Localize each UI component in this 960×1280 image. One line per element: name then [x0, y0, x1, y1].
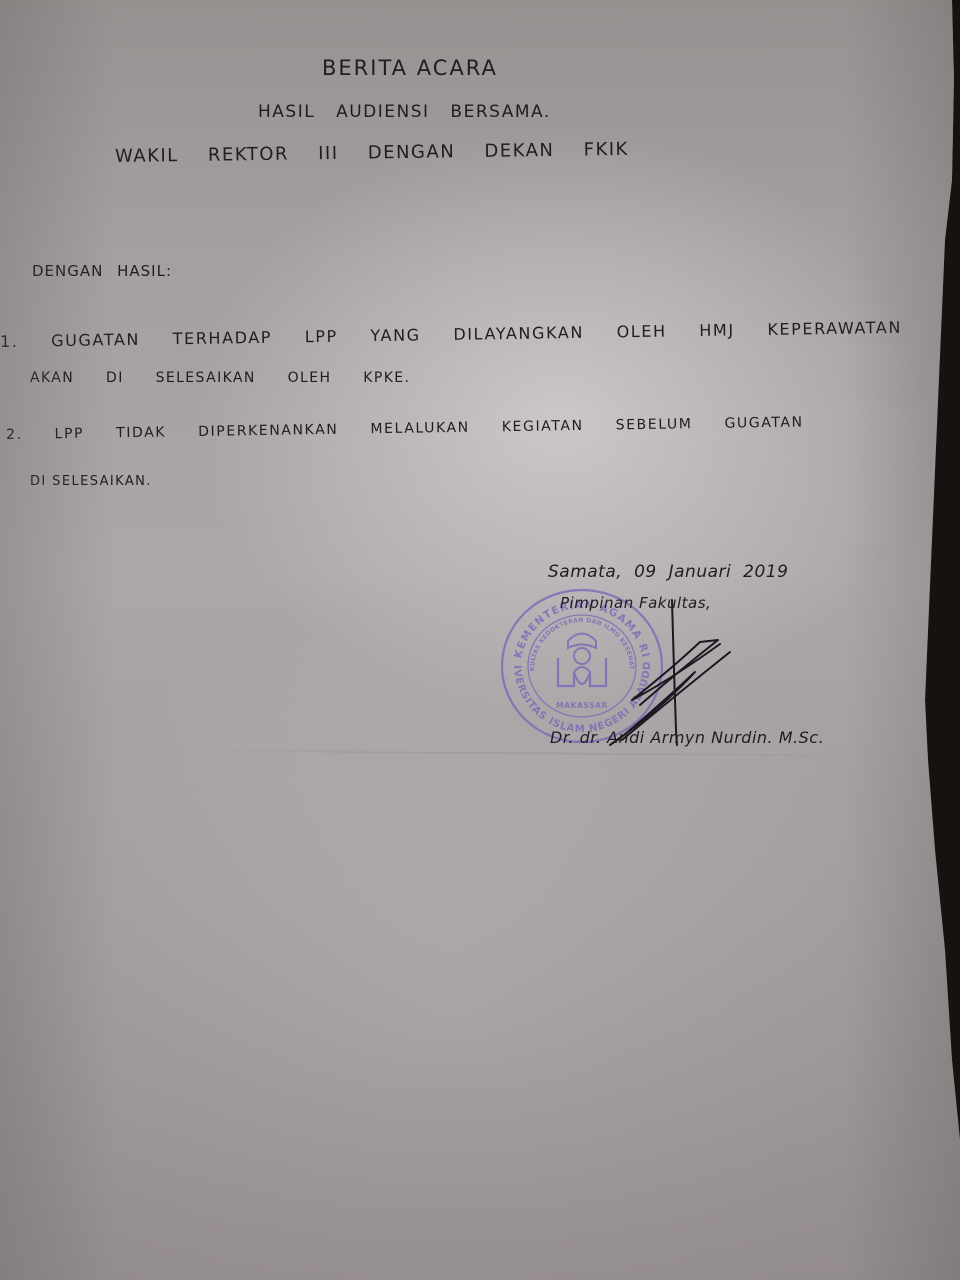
- document-parties: WAKIL REKTOR III DENGAN DEKAN FKIK: [115, 139, 629, 167]
- document-title: BERITA ACARA: [322, 56, 498, 80]
- list-item-2-line-2: DI SELESAIKAN.: [30, 474, 152, 489]
- intro-text: DENGAN HASIL:: [32, 262, 172, 280]
- signer-name: Dr. dr. Andi Armyn Nurdin. M.Sc.: [550, 728, 824, 747]
- list-item-2-number: 2.: [6, 427, 23, 443]
- paper-sheet: BERITA ACARA HASIL AUDIENSI BERSAMA. WAK…: [0, 0, 960, 1280]
- signer-position: Pimpinan Fakultas,: [560, 594, 711, 612]
- place-date: Samata, 09 Januari 2019: [548, 562, 788, 582]
- list-item-2-line-1: 2. LPP TIDAK DIPERKENANKAN MELALUKAN KEG…: [6, 414, 804, 443]
- list-item-2-text: LPP TIDAK DIPERKENANKAN MELALUKAN KEGIAT…: [54, 414, 803, 442]
- list-item-1-number: 1.: [0, 332, 19, 351]
- document-subtitle: HASIL AUDIENSI BERSAMA.: [258, 102, 551, 122]
- document-photo: BERITA ACARA HASIL AUDIENSI BERSAMA. WAK…: [0, 0, 960, 1280]
- list-item-1-line-1: 1. GUGATAN TERHADAP LPP YANG DILAYANGKAN…: [0, 318, 902, 351]
- list-item-1-text: GUGATAN TERHADAP LPP YANG DILAYANGKAN OL…: [51, 318, 902, 350]
- list-item-1-line-2: AKAN DI SELESAIKAN OLEH KPKE.: [30, 370, 410, 386]
